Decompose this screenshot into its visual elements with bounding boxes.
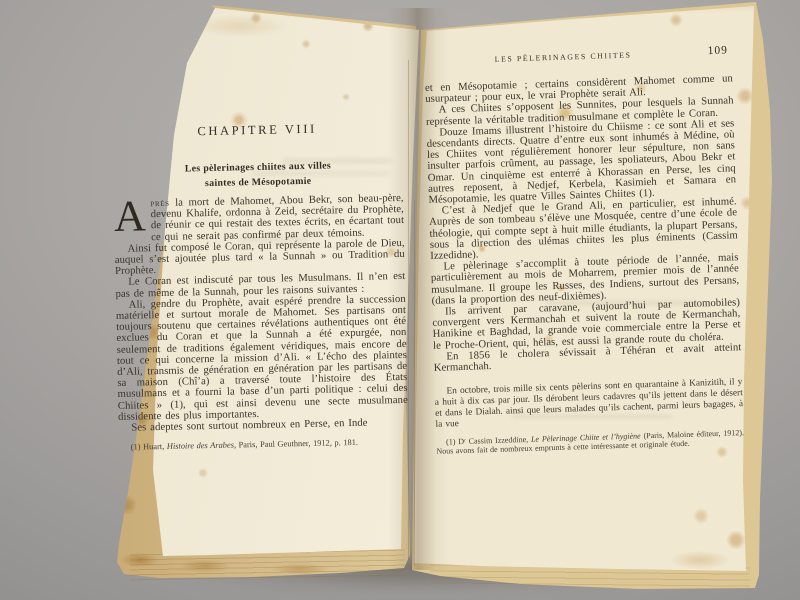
paragraph-3: Douze Imams illustrent l’histoire du Chi… bbox=[426, 118, 736, 206]
right-page-body: et en Mésopotamie ; certains considèrent… bbox=[425, 73, 742, 374]
footnote-pre: (1) Huart, bbox=[131, 442, 167, 452]
section-heading-line1: Les pèlerinages chiites aux villes bbox=[185, 160, 331, 174]
section-heading-line2: saintes de Mésopotamie bbox=[205, 176, 312, 189]
page-number: 109 bbox=[708, 44, 729, 57]
gutter-sheet-edge bbox=[414, 200, 415, 566]
footnote-title-italic: Histoire des Arabes bbox=[167, 441, 234, 451]
right-page-text-block: LES PÈLERINAGES CHIITES109 et en Mésopot… bbox=[424, 47, 744, 456]
paragraph-4: Ali, gendre du Prophète, avait espéré pr… bbox=[116, 294, 409, 423]
quote-block: En octobre, trois mille six cents pèleri… bbox=[434, 377, 743, 430]
book-photo: CHAPITRE VIII Les pèlerinages chiites au… bbox=[0, 0, 800, 600]
gutter-sheet-edge bbox=[408, 60, 409, 560]
drop-cap: A bbox=[114, 198, 152, 233]
paragraph-1-text: la mort de Mahomet, Abou Bekr, son beau-… bbox=[151, 192, 405, 243]
left-page-body: Après la mort de Mahomet, Abou Bekr, son… bbox=[114, 193, 409, 434]
chapter-title: CHAPITRE VIII bbox=[112, 120, 402, 141]
paragraph-1: Après la mort de Mahomet, Abou Bekr, son… bbox=[114, 193, 405, 244]
footnote-post: , Paris, Paul Geuthner, 1912, p. 181. bbox=[234, 438, 358, 450]
section-heading: Les pèlerinages chiites aux villes saint… bbox=[113, 157, 404, 193]
left-page-text-block: CHAPITRE VIII Les pèlerinages chiites au… bbox=[112, 120, 409, 453]
